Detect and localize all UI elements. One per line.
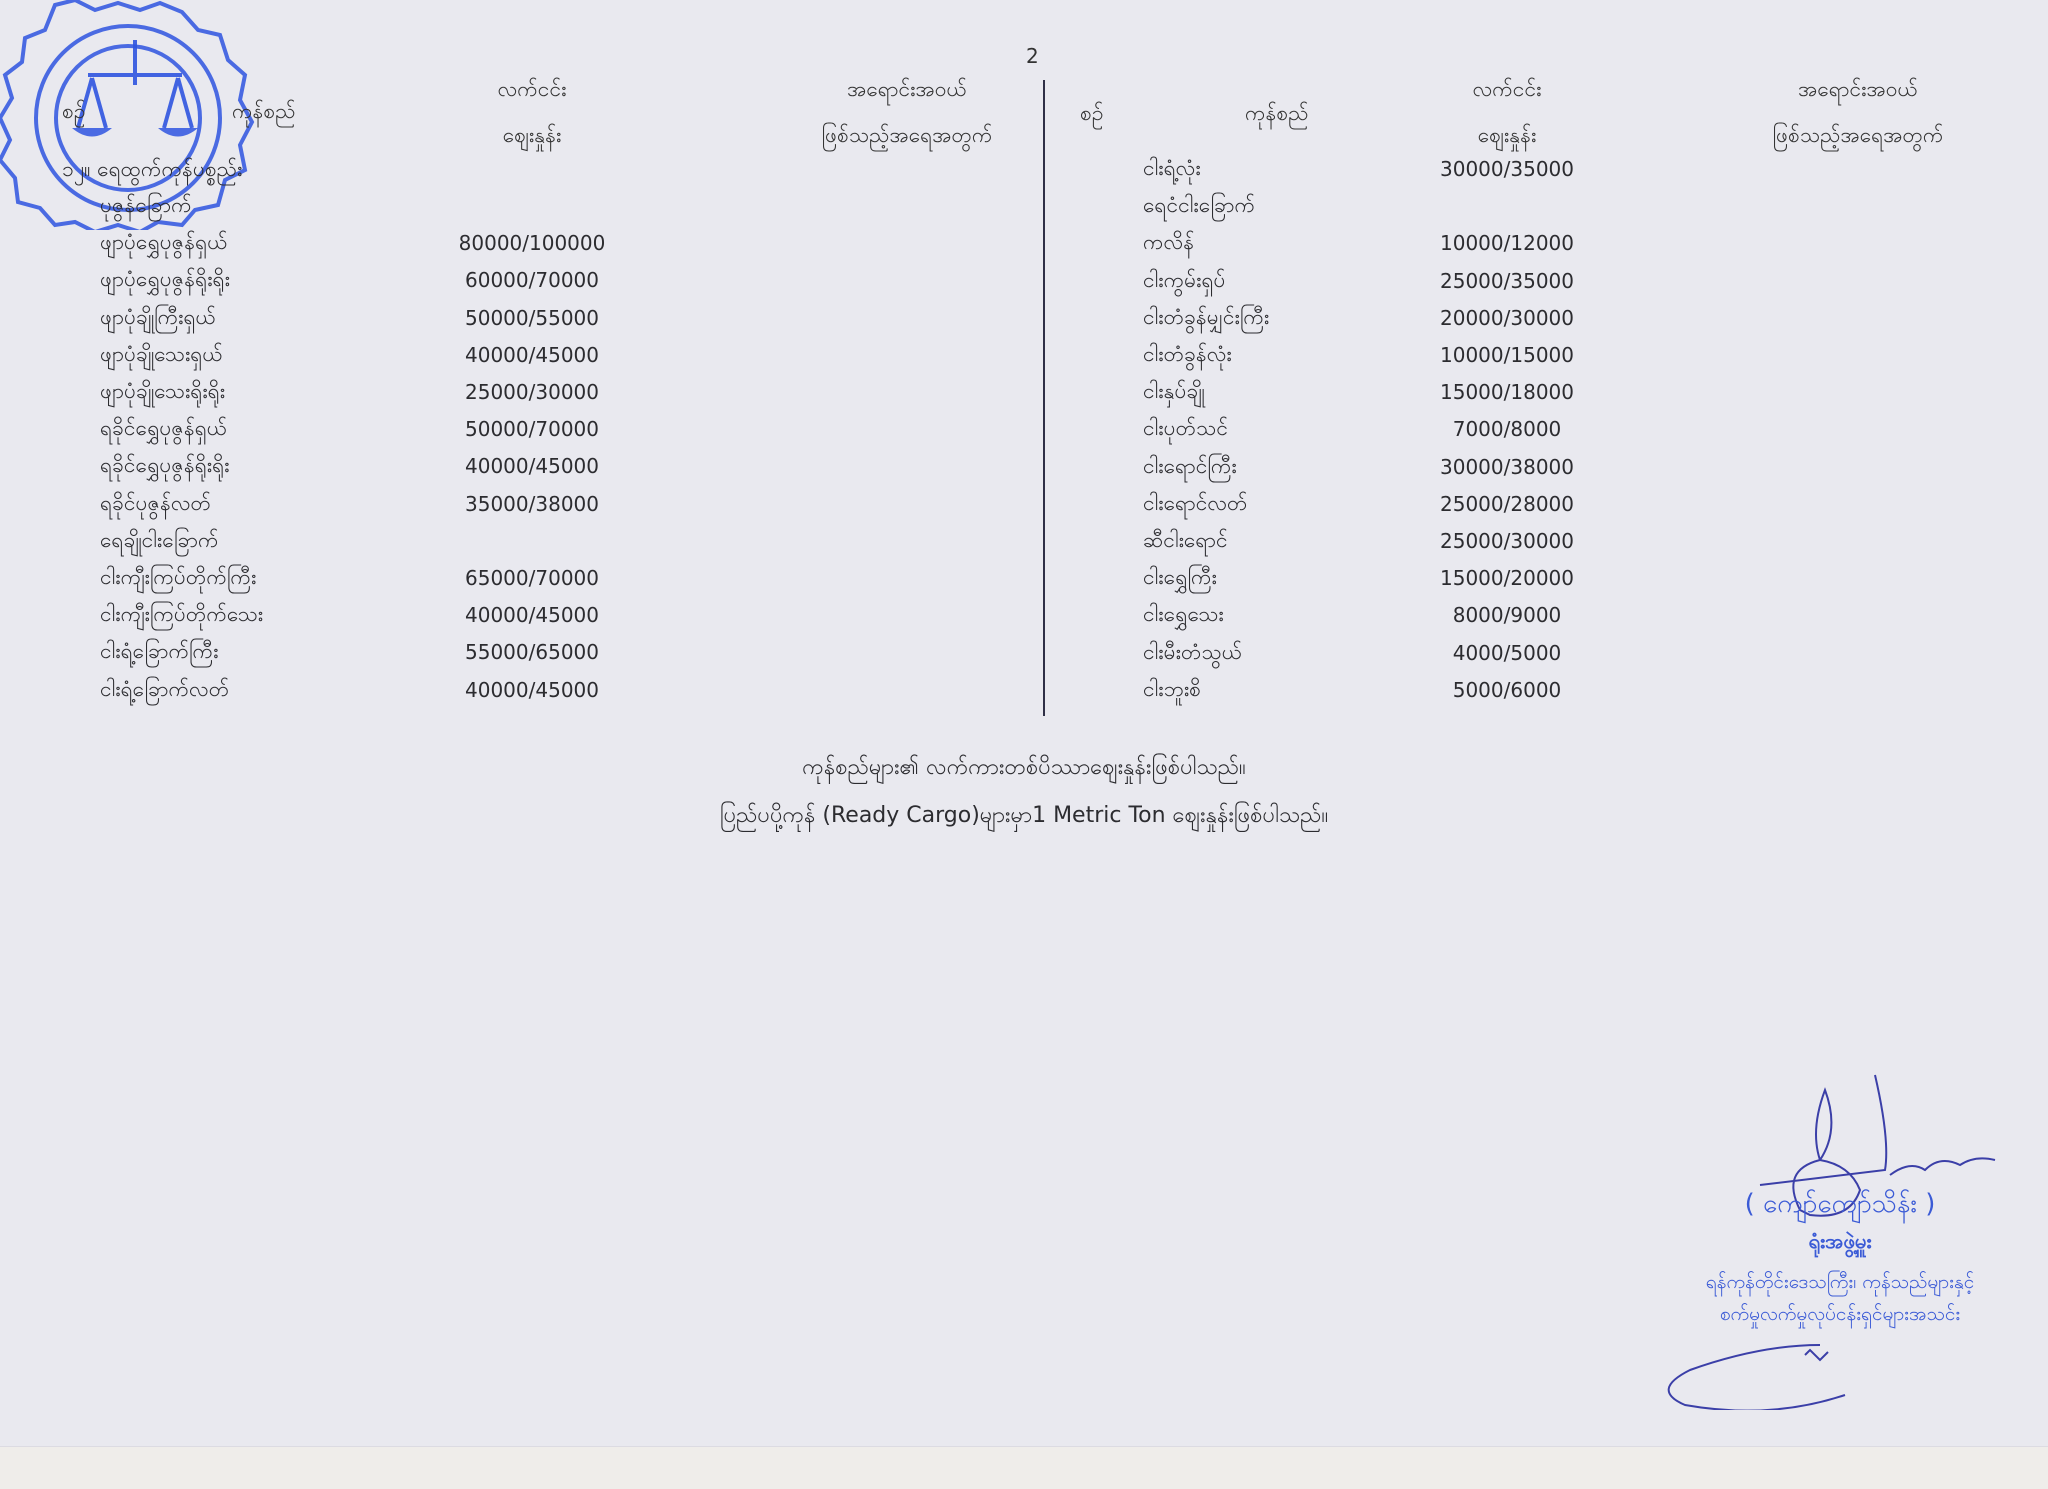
price-range: 35000/38000 [465, 492, 599, 516]
price-range: 25000/35000 [1440, 269, 1574, 293]
paper-edge [0, 1446, 2048, 1489]
header-price-line2: ဈေးနှုန်း [503, 122, 562, 153]
price-range: 15000/20000 [1440, 566, 1574, 590]
price-range: 30000/38000 [1440, 455, 1574, 479]
price-range: 60000/70000 [465, 268, 599, 292]
commodity-name: ငါးကျီးကြပ်တိုက်ကြီး [100, 564, 256, 595]
price-range: 20000/30000 [1440, 306, 1574, 330]
header-remarks-line2: ဖြစ်သည့်အရေအတွက် [822, 122, 993, 153]
commodity-name: ငါးကျီးကြပ်တိုက်သေး [100, 601, 263, 632]
commodity-name: ငါးမီးတံသွယ် [1143, 639, 1242, 670]
note-export: ပြည်ပပို့ကုန် (Ready Cargo)များမှာ1 Metr… [720, 800, 1328, 833]
commodity-name: ရခိုင်ရွှေပုဇွန်ရှယ် [100, 415, 227, 446]
commodity-name: ငါးရွှေသေး [1143, 601, 1224, 632]
price-range: 30000/35000 [1440, 157, 1574, 181]
commodity-name: ငါးကွမ်းရှပ် [1143, 267, 1226, 298]
page-number: 2 [1026, 44, 1039, 68]
header-remarks-line1: အရောင်းအဝယ် [847, 76, 967, 107]
header-item: ကုန်စည် [232, 98, 296, 129]
header-serial: စဉ် [62, 98, 85, 129]
price-range: 50000/55000 [465, 306, 599, 330]
price-range: 7000/8000 [1453, 417, 1562, 441]
category-label: ရေငံငါးခြောက် [1143, 192, 1255, 223]
price-range: 15000/18000 [1440, 380, 1574, 404]
commodity-name: ငါးတံခွန်မျှင်းကြီး [1143, 304, 1269, 335]
commodity-name: ဖျာပုံရွှေပုဇွန်ရိုးရိုး [100, 266, 230, 297]
commodity-name: ရခိုင်ပုဇွန်လတ် [100, 490, 211, 521]
commodity-name: ကလိန် [1143, 229, 1194, 260]
header-item-right: ကုန်စည် [1245, 100, 1309, 131]
price-range: 40000/45000 [465, 454, 599, 478]
commodity-name: ဖျာပုံရွှေပုဇွန်ရှယ် [100, 229, 228, 260]
price-range: 5000/6000 [1453, 678, 1562, 702]
header-price-line2-right: ဈေးနှုန်း [1478, 122, 1537, 153]
header-serial-right: စဉ် [1080, 100, 1103, 131]
price-range: 10000/12000 [1440, 231, 1574, 255]
commodity-name: ငါးရံ့ခြောက်ကြီး [100, 638, 218, 669]
header-price-line1-right: လက်ငင်း [1473, 76, 1542, 107]
price-range: 25000/30000 [1440, 529, 1574, 553]
price-range: 8000/9000 [1453, 603, 1562, 627]
commodity-name: ငါးဘူးစိ [1143, 676, 1201, 707]
header-remarks-line1-right: အရောင်းအဝယ် [1798, 76, 1918, 107]
category-label: ရေချိုငါးခြောက် [100, 527, 219, 558]
commodity-name: ငါးရွှေကြီး [1143, 564, 1217, 595]
commodity-name: ငါးပုတ်သင် [1143, 415, 1228, 446]
commodity-name: ငါးရောင်ကြီး [1143, 453, 1237, 484]
commodity-name: ငါးနှပ်ချို [1143, 378, 1205, 409]
commodity-name: ဖျာပုံချိုသေးရှယ် [100, 341, 223, 372]
organization-line1: ရန်ကုန်တိုင်းဒေသကြီး၊ ကုန်သည်များနှင့် [1706, 1270, 1975, 1298]
price-range: 40000/45000 [465, 343, 599, 367]
note-wholesale: ကုန်စည်များ၏ လက်ကားတစ်ပိဿာဈေးနှုန်းဖြစ်ပ… [802, 752, 1245, 785]
price-range: 50000/70000 [465, 417, 599, 441]
column-divider [1043, 80, 1045, 716]
price-range: 10000/15000 [1440, 343, 1574, 367]
commodity-name: ဆီငါးရောင် [1143, 527, 1228, 558]
price-range: 55000/65000 [465, 640, 599, 664]
signature-block: ( ကျော်ကျော်သိန်း ) ရုံးအဖွဲ့မှူး ရန်ကုန… [1650, 1060, 2030, 1410]
commodity-name: ငါးရောင်လတ် [1143, 490, 1248, 521]
commodity-name: ငါးတံခွန်လုံး [1143, 341, 1232, 372]
price-range: 80000/100000 [459, 231, 606, 255]
header-remarks-line2-right: ဖြစ်သည့်အရေအတွက် [1773, 122, 1944, 153]
price-range: 65000/70000 [465, 566, 599, 590]
price-range: 40000/45000 [465, 603, 599, 627]
category-label: ပုဇွန်ခြောက် [100, 192, 192, 223]
commodity-name: ဖျာပုံချိုသေးရိုးရိုး [100, 378, 225, 409]
price-range: 25000/30000 [465, 380, 599, 404]
signatory-name: ( ကျော်ကျော်သိန်း ) [1745, 1186, 1936, 1225]
commodity-name: ဖျာပုံချိုကြီးရှယ် [100, 304, 216, 335]
price-range: 25000/28000 [1440, 492, 1574, 516]
commodity-name: ငါးရံ့ခြောက်လတ် [100, 676, 229, 707]
section-title: ၁၂။ ရေထွက်ကုန်ပစ္စည်း [62, 156, 242, 187]
signatory-title: ရုံးအဖွဲ့မှူး [1809, 1228, 1872, 1258]
commodity-name: ငါးရံ့လုံး [1143, 155, 1201, 186]
organization-line2: စက်မှုလက်မှုလုပ်ငန်းရှင်များအသင်း [1720, 1302, 1960, 1330]
commodity-name: ရခိုင်ရွှေပုဇွန်ရိုးရိုး [100, 452, 230, 483]
header-price-line1: လက်ငင်း [498, 76, 567, 107]
price-range: 4000/5000 [1453, 641, 1562, 665]
price-range: 40000/45000 [465, 678, 599, 702]
